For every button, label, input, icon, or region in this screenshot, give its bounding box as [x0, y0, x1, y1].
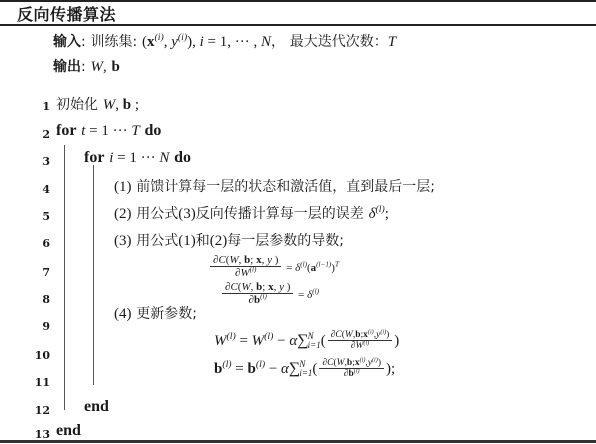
line-number: 9 [28, 320, 50, 333]
outer-loop-scope-bar [64, 145, 65, 410]
input-dataset-math: (x(i), y(i)), i = 1, ··· , N [142, 32, 271, 50]
input-line: 输入: 训练集: (x(i), y(i)), i = 1, ··· , N， 最… [53, 31, 396, 51]
output-b: b [112, 59, 120, 75]
equation-ref: (2) [210, 233, 228, 249]
line-number: 5 [28, 210, 50, 223]
line-number: 1 [28, 100, 50, 113]
step-text: 反向传播计算每一层的误差 [196, 206, 364, 222]
line-update-params: (4) 更新参数; [114, 303, 197, 323]
step-label: (2) [114, 206, 132, 222]
step-text: 和 [196, 233, 210, 249]
equation-update-W: W(l) = W(l) − α∑Ni=1( ∂C(W,b;x(i),y(i)) … [214, 330, 399, 352]
step-text: 前馈计算每一层的状态和激活值，直到最后一层; [136, 179, 435, 195]
input-separator: ， [271, 34, 285, 50]
line-inner-for: for i = 1 ··· N do [84, 148, 191, 167]
header-rule [0, 24, 596, 26]
line-number: 12 [28, 404, 50, 417]
input-dataset-label: 训练集: [91, 34, 138, 50]
equation-ref: (3) [178, 206, 196, 222]
keyword-end: end [56, 422, 81, 439]
keyword-end: end [84, 398, 109, 415]
step-text: 用公式 [136, 233, 178, 249]
line-derivatives: (3) 用公式(1)和(2)每一层参数的导数; [114, 230, 344, 250]
line-backprop-error: (2) 用公式(3)反向传播计算每一层的误差 δ(l); [114, 203, 389, 223]
input-colon: : [81, 34, 86, 50]
line-number: 11 [28, 376, 50, 389]
line-number: 6 [28, 237, 50, 250]
bottom-rule [0, 440, 596, 443]
step-text: 用公式 [136, 206, 178, 222]
step-label: (4) [114, 306, 132, 322]
line-initialize: 初始化 W, b ; [56, 94, 139, 114]
keyword-for: for [84, 149, 104, 166]
line-feedforward: (1) 前馈计算每一层的状态和激活值，直到最后一层; [114, 176, 435, 196]
equation-update-b: b(l) = b(l) − α∑Ni=1( ∂C(W,b;x(i),y(i)) … [214, 358, 395, 380]
output-colon: : [81, 59, 86, 75]
init-text: 初始化 [56, 97, 98, 113]
output-line: 输出: W, b [53, 56, 120, 76]
line-outer-for: for t = 1 ··· T do [56, 121, 161, 140]
step-text: 每一层参数的导数; [227, 233, 344, 249]
input-label: 输入 [53, 34, 81, 50]
line-number: 2 [28, 128, 50, 141]
equation-ref: (1) [178, 233, 196, 249]
inner-loop-scope-bar [93, 165, 94, 385]
algorithm-title: 反向传播算法 [17, 2, 116, 25]
equation-dW: ∂C(W, b; x, y ) ∂W(l) = δ(l)(a(l−1))T [208, 254, 339, 279]
keyword-for: for [56, 122, 76, 139]
line-number: 4 [28, 183, 50, 196]
line-number: 10 [28, 349, 50, 362]
line-number: 3 [28, 155, 50, 168]
max-iterations-symbol: T [388, 34, 396, 50]
keyword-do: do [174, 149, 191, 166]
equation-db: ∂C(W, b; x, y ) ∂b(l) = δ(l) [220, 281, 319, 306]
step-text: 更新参数; [136, 306, 197, 322]
line-number: 7 [28, 266, 50, 279]
step-label: (1) [114, 179, 132, 195]
line-inner-end: end [84, 397, 109, 416]
line-outer-end: end [56, 421, 81, 440]
line-number: 8 [28, 293, 50, 306]
output-comma: , [103, 59, 107, 75]
keyword-do: do [144, 122, 161, 139]
step-label: (3) [114, 233, 132, 249]
output-label: 输出 [53, 59, 81, 75]
output-W: W [91, 59, 104, 75]
max-iterations-label: 最大迭代次数： [290, 34, 388, 50]
